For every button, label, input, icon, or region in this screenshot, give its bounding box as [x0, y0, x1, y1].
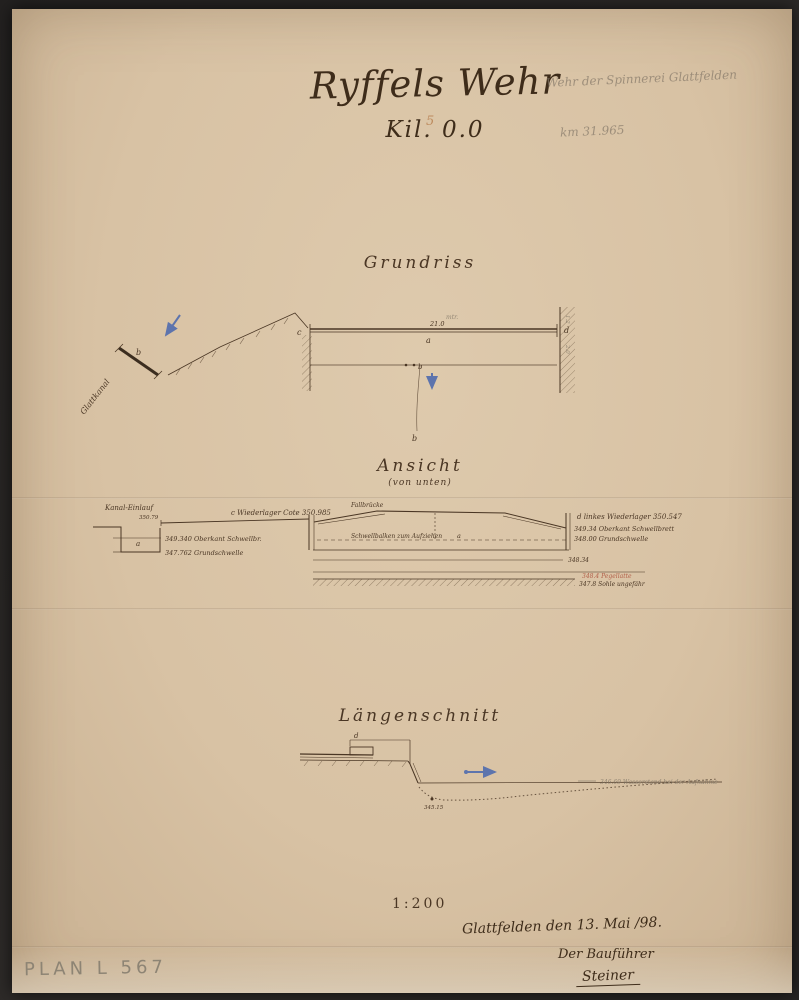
dashed-a-label: a	[457, 532, 461, 540]
point-c-label: c	[297, 328, 302, 337]
ansicht-drawing: Kanal-Einlauf a 350.79 c Wiederlager Cot…	[85, 495, 745, 605]
fold-crease-middle	[12, 608, 792, 610]
pencil-correction: 5	[426, 114, 434, 129]
scour-depth-label: 345.15	[424, 805, 444, 811]
flow-arrow-icon	[166, 315, 180, 335]
grundriss-drawing: b c d 21.0 mtr. a b 1.2 2.0 b Glattkanal	[70, 295, 590, 445]
top-level-line	[161, 519, 309, 523]
inlet-box-label: a	[136, 540, 140, 548]
span-dim-label: 21.0	[429, 320, 444, 328]
signature-name: Steiner	[576, 968, 640, 986]
crest-label: Fallbrücke	[350, 502, 384, 509]
reference-curve	[417, 366, 420, 431]
dashed-note-label: Schwellbalken zum Aufziehen	[351, 533, 442, 540]
laengenschnitt-drawing: d 345.15 346.69 Wasserstand bei der Aufn…	[280, 730, 760, 820]
dim-2-0: 2.0	[564, 344, 570, 354]
gauge-label: 348.4 Pegellatte	[582, 573, 632, 580]
laengenschnitt-heading: Längenschnitt	[325, 706, 515, 726]
archive-stamp: PLAN L 567	[24, 957, 167, 980]
ansicht-heading: Ansicht	[340, 456, 500, 476]
bed-hatch	[313, 579, 575, 586]
bank-name-label: Glattkanal	[78, 377, 111, 416]
left-bank-hatch	[302, 335, 312, 391]
point-b-below-label: b	[412, 434, 417, 443]
point-a-label: a	[426, 336, 431, 345]
ground-hatching	[304, 761, 406, 767]
span-unit-label: mtr.	[446, 314, 458, 321]
point-b-mid-label: b	[418, 363, 423, 371]
weir-face	[408, 761, 418, 783]
level-mid-label: 348.34	[568, 557, 589, 564]
water-note-label: 346.69 Wasserstand bei der Aufnahme	[600, 779, 718, 786]
ansicht-subtitle: (von unten)	[355, 478, 485, 488]
level-ground-right-label: 348.00 Grundschwelle	[574, 535, 648, 543]
scanned-plan: { "colors": { "paper": "#d8c2a4", "ink":…	[0, 0, 799, 1000]
level-sill-left-label: 349.340 Oberkant Schwellbr.	[165, 535, 262, 543]
dim-d-label: d	[354, 732, 359, 740]
signer-role: Der Bauführer	[558, 947, 654, 962]
bank-hatching	[176, 318, 288, 375]
sill-block	[350, 747, 373, 755]
bed-label: 347.8 Sohle ungefähr	[579, 581, 646, 588]
title-block: Ryffels Wehr Kil. 0.0	[300, 62, 570, 143]
bank-line	[168, 313, 308, 375]
inlet-label: Kanal-Einlauf	[104, 504, 154, 512]
inlet-profile	[93, 527, 160, 552]
level-sill-right-label: 349.34 Oberkant Schwellbrett	[574, 525, 675, 533]
scale-label: 1:200	[392, 896, 447, 912]
level-top-label: 350.79	[139, 515, 159, 521]
crest-truss	[314, 511, 566, 528]
kilometer-label: Kil. 0.0	[300, 117, 570, 143]
level-ground-left-label: 347.762 Grundschwelle	[165, 549, 244, 557]
gate-b-label: b	[136, 348, 141, 357]
left-abutment-label: d linkes Wiederlager 350.547	[577, 513, 682, 521]
grundriss-heading: Grundriss	[335, 253, 505, 273]
dim-1-2: 1.2	[564, 315, 570, 324]
right-abutment-label: c Wiederlager Cote 350.985	[231, 509, 331, 517]
plan-title: Ryffels Wehr	[300, 59, 571, 108]
